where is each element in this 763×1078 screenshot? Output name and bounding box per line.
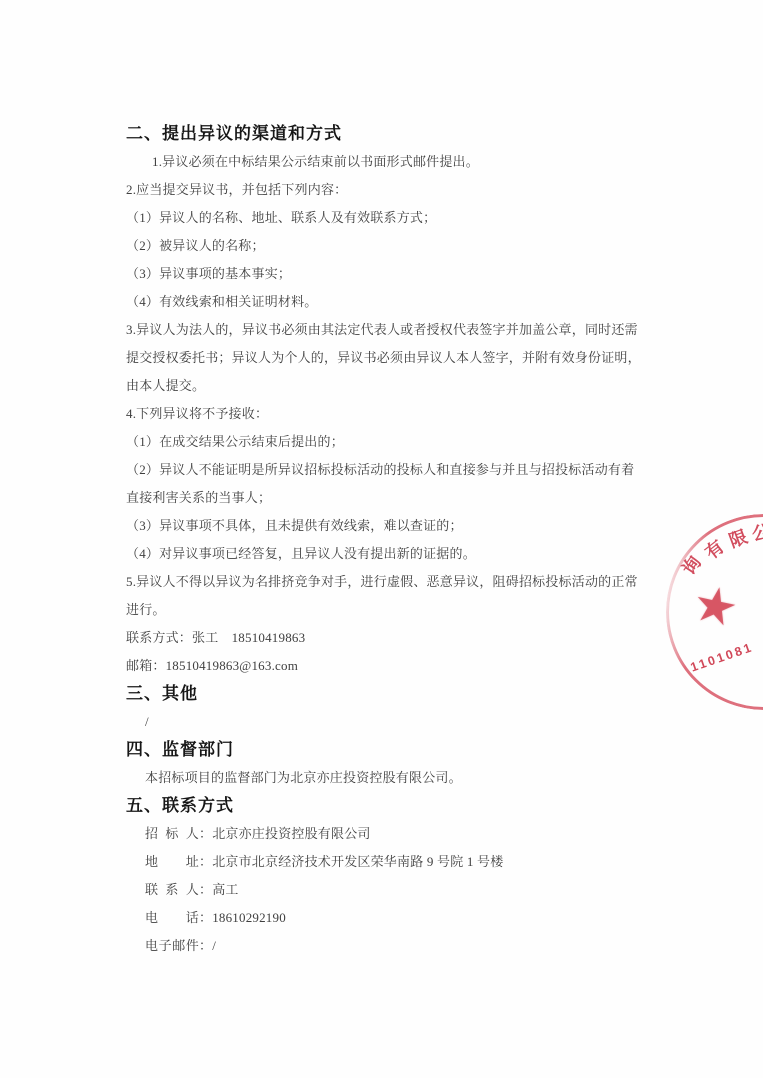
seal-arc-char: 有 bbox=[699, 533, 729, 565]
doc-list-item: （4）有效线索和相关证明材料。 bbox=[126, 288, 646, 316]
doc-paragraph: 3.异议人为法人的，异议书必须由其法定代表人或者授权代表签字并加盖公章，同时还需… bbox=[126, 316, 646, 400]
contact-colon: ： bbox=[199, 882, 212, 897]
doc-paragraph: 本招标项目的监督部门为北京亦庄投资控股有限公司。 bbox=[126, 764, 646, 792]
contact-row-phone: 电话：18610292190 bbox=[126, 904, 646, 932]
contact-value: 高工 bbox=[212, 882, 238, 897]
seal-ring bbox=[666, 514, 763, 710]
contact-value: 北京市北京经济技术开发区荣华南路 9 号院 1 号楼 bbox=[212, 854, 503, 869]
document-body: 二、提出异议的渠道和方式 1.异议必须在中标结果公示结束前以书面形式邮件提出。 … bbox=[126, 120, 646, 960]
doc-paragraph: 4.下列异议将不予接收： bbox=[126, 400, 646, 428]
seal-arc-char: 公 bbox=[750, 518, 763, 546]
doc-paragraph: / bbox=[126, 708, 646, 736]
contact-row-email: 电子邮件：/ bbox=[126, 932, 646, 960]
section-heading-5: 五、联系方式 bbox=[126, 792, 646, 820]
doc-list-item: （1）异议人的名称、地址、联系人及有效联系方式； bbox=[126, 204, 646, 232]
contact-label: 电话 bbox=[145, 904, 199, 932]
contact-colon: ： bbox=[199, 854, 212, 869]
doc-paragraph: 5.异议人不得以异议为名排挤竞争对手，进行虚假、恶意异议，阻碍招标投标活动的正常… bbox=[126, 568, 646, 624]
scanned-document-page: { "doc": { "sep": "：", "blocks": [ "二、提出… bbox=[0, 0, 763, 1078]
contact-label: 地址 bbox=[145, 848, 199, 876]
contact-row-address: 地址：北京市北京经济技术开发区荣华南路 9 号院 1 号楼 bbox=[126, 848, 646, 876]
doc-paragraph: 2.应当提交异议书，并包括下列内容： bbox=[126, 176, 646, 204]
contact-label: 联系人 bbox=[145, 876, 199, 904]
contact-label: 电子邮件 bbox=[145, 932, 199, 960]
seal-arc-char: 限 bbox=[725, 523, 751, 554]
red-seal-stamp: 询 有 限 公 ★ 1101081 bbox=[660, 505, 763, 720]
section-heading-3: 三、其他 bbox=[126, 680, 646, 708]
contact-info-list: 招标人：北京亦庄投资控股有限公司 地址：北京市北京经济技术开发区荣华南路 9 号… bbox=[126, 820, 646, 960]
contact-value: 18610292190 bbox=[212, 910, 286, 925]
contact-colon: ： bbox=[199, 826, 212, 841]
section-heading-4: 四、监督部门 bbox=[126, 736, 646, 764]
contact-method-line: 联系方式：张工 18510419863 bbox=[126, 624, 646, 652]
doc-list-item: （3）异议事项的基本事实； bbox=[126, 260, 646, 288]
contact-row-person: 联系人：高工 bbox=[126, 876, 646, 904]
contact-row-bidder: 招标人：北京亦庄投资控股有限公司 bbox=[126, 820, 646, 848]
section-heading-2: 二、提出异议的渠道和方式 bbox=[126, 120, 646, 148]
doc-list-item: （4）对异议事项已经答复，且异议人没有提出新的证据的。 bbox=[126, 540, 646, 568]
contact-label: 招标人 bbox=[145, 820, 199, 848]
doc-list-item: （1）在成交结果公示结束后提出的； bbox=[126, 428, 646, 456]
seal-arc-char: 询 bbox=[675, 550, 707, 579]
email-line: 邮箱：18510419863@163.com bbox=[126, 652, 646, 680]
seal-serial-number: 1101081 bbox=[689, 640, 755, 675]
contact-value: / bbox=[212, 938, 216, 953]
doc-paragraph: 1.异议必须在中标结果公示结束前以书面形式邮件提出。 bbox=[126, 148, 646, 176]
contact-value: 北京亦庄投资控股有限公司 bbox=[212, 826, 370, 841]
contact-colon: ： bbox=[199, 938, 212, 953]
contact-colon: ： bbox=[199, 910, 212, 925]
doc-list-item: （2）被异议人的名称； bbox=[126, 232, 646, 260]
doc-list-item: （3）异议事项不具体，且未提供有效线索，难以查证的； bbox=[126, 512, 646, 540]
document-page: 二、提出异议的渠道和方式 1.异议必须在中标结果公示结束前以书面形式邮件提出。 … bbox=[0, 0, 763, 1078]
seal-star-icon: ★ bbox=[687, 573, 743, 639]
doc-list-item: （2）异议人不能证明是所异议招标投标活动的投标人和直接参与并且与招投标活动有着直… bbox=[126, 456, 646, 512]
